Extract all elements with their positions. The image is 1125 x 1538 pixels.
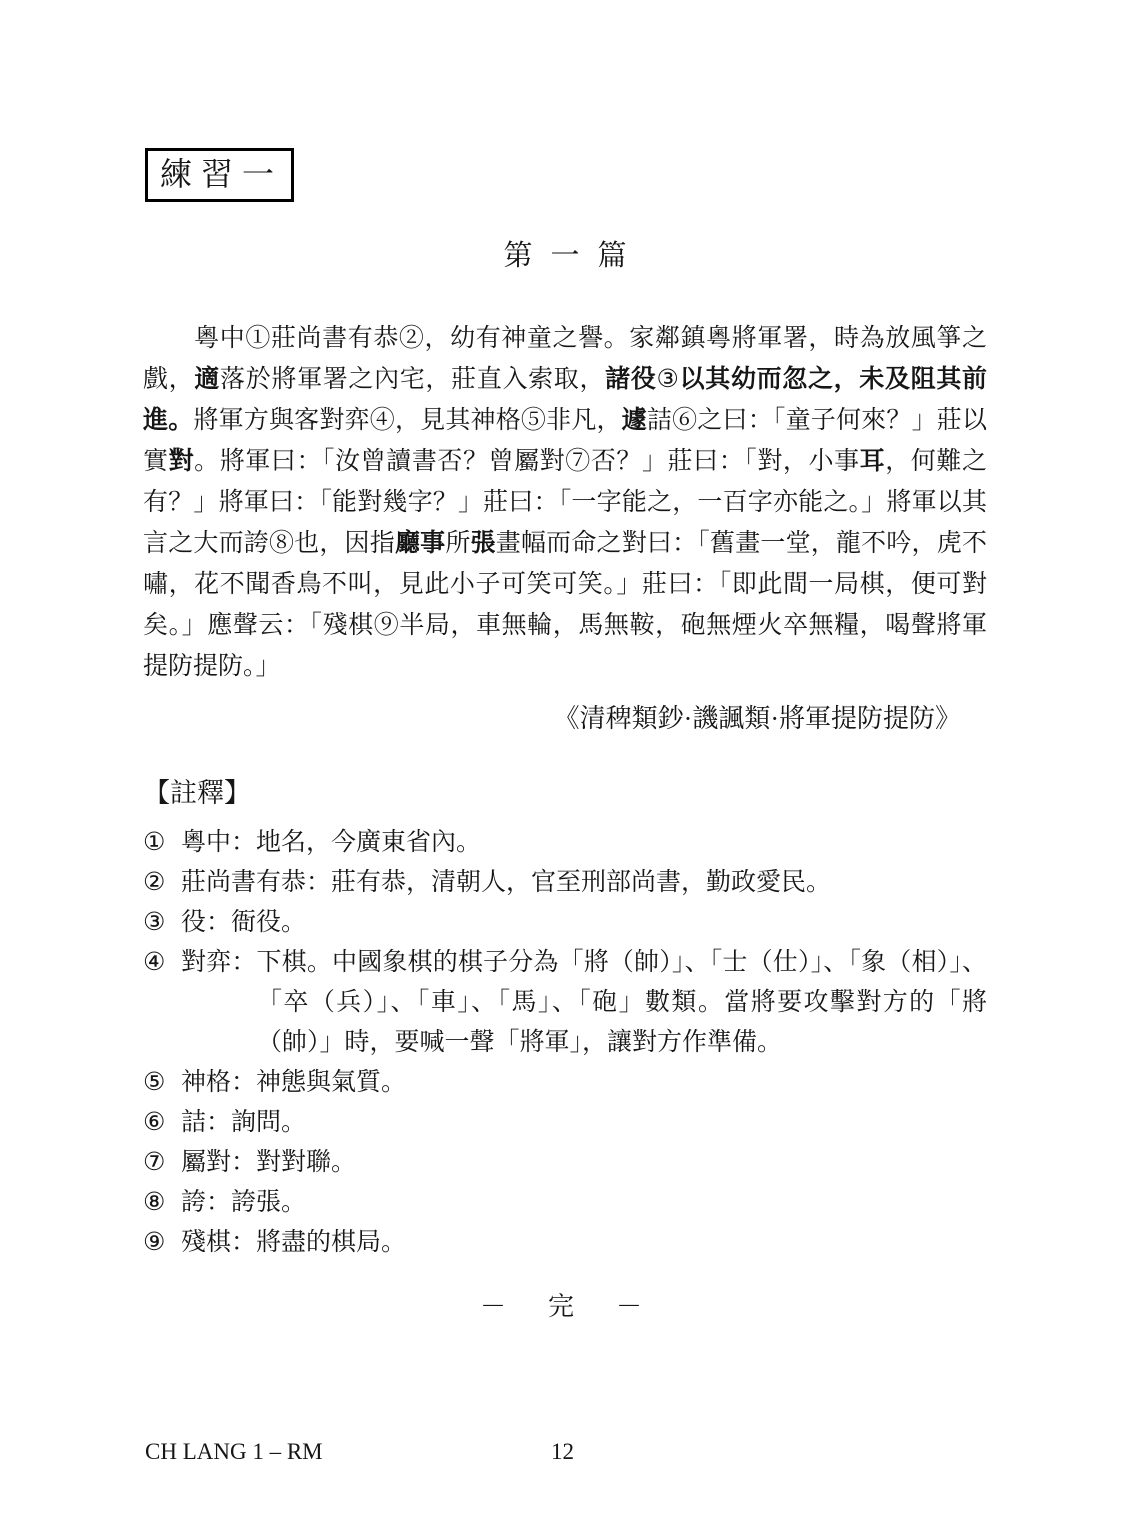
passage-segment: 所 bbox=[445, 530, 470, 557]
exercise-label: 練習一 bbox=[160, 156, 283, 192]
note-text: 役：衙役。 bbox=[181, 903, 987, 943]
passage-segment: 。將軍曰：「汝曾讀書否？曾屬對⑦否？」莊曰：「對，小事 bbox=[194, 448, 859, 475]
note-number: ⑧ bbox=[143, 1183, 181, 1223]
passage-segment-bold: 適 bbox=[194, 366, 220, 393]
passage-segment: ③ bbox=[657, 366, 680, 393]
notes-list: ① 粵中：地名，今廣東省內。 ② 莊尚書有恭：莊有恭，清朝人，官至刑部尚書，勤政… bbox=[143, 823, 987, 1263]
note-number: ② bbox=[143, 863, 181, 903]
notes-heading: 【註釋】 bbox=[143, 775, 1125, 811]
note-number: ④ bbox=[143, 943, 181, 983]
footer-course-code: CH LANG 1 – RM bbox=[145, 1437, 323, 1467]
note-number: ⑤ bbox=[143, 1063, 181, 1103]
note-text: 詰：詢問。 bbox=[181, 1103, 987, 1143]
passage-segment-bold: 張 bbox=[471, 530, 496, 557]
passage-segment-bold: 諸役 bbox=[605, 366, 656, 393]
note-number: ⑥ bbox=[143, 1103, 181, 1143]
passage-segment-bold: 對 bbox=[169, 448, 195, 475]
passage-segment-bold: 廳事 bbox=[395, 530, 445, 557]
source-citation: 《清稗類鈔·譏諷類·將軍提防提防》 bbox=[143, 699, 987, 739]
section-title: 第一篇 bbox=[143, 238, 987, 276]
passage-segment-bold: 耳 bbox=[860, 448, 886, 475]
note-text: 粵中：地名，今廣東省內。 bbox=[181, 823, 987, 863]
note-item: ③ 役：衙役。 bbox=[143, 903, 987, 943]
note-item: ⑨ 殘棋：將盡的棋局。 bbox=[143, 1223, 987, 1263]
note-item: ⑧ 誇：誇張。 bbox=[143, 1183, 987, 1223]
page-footer: CH LANG 1 – RM 12 bbox=[0, 1437, 1125, 1467]
note-text: 殘棋：將盡的棋局。 bbox=[181, 1223, 987, 1263]
note-item: ⑦ 屬對：對對聯。 bbox=[143, 1143, 987, 1183]
document-page: 練習一 第一篇 粵中①莊尚書有恭②，幼有神童之譽。家鄰鎮粵將軍署，時為放風箏之戲… bbox=[0, 0, 1125, 1538]
exercise-label-box: 練習一 bbox=[145, 148, 294, 202]
note-item: ④ 對弈：下棋。中國象棋的棋子分為「將（帥）」、「士（仕）」、「象（相）」、「卒… bbox=[143, 943, 987, 1063]
note-number: ⑨ bbox=[143, 1223, 181, 1263]
note-number: ① bbox=[143, 823, 181, 863]
note-number: ⑦ bbox=[143, 1143, 181, 1183]
note-item: ⑤ 神格：神態與氣質。 bbox=[143, 1063, 987, 1103]
note-number: ③ bbox=[143, 903, 181, 943]
note-item: ⑥ 詰：詢問。 bbox=[143, 1103, 987, 1143]
passage-segment: 落於將軍署之內宅，莊直入索取， bbox=[220, 366, 605, 393]
passage-segment: 將軍方與客對弈④，見其神格⑤非凡， bbox=[193, 407, 621, 434]
note-text: 莊尚書有恭：莊有恭，清朝人，官至刑部尚書，勤政愛民。 bbox=[181, 863, 987, 903]
note-text: 屬對：對對聯。 bbox=[181, 1143, 987, 1183]
passage-paragraph: 粵中①莊尚書有恭②，幼有神童之譽。家鄰鎮粵將軍署，時為放風箏之戲，適落於將軍署之… bbox=[143, 318, 987, 687]
note-item: ② 莊尚書有恭：莊有恭，清朝人，官至刑部尚書，勤政愛民。 bbox=[143, 863, 987, 903]
note-text: 對弈：下棋。中國象棋的棋子分為「將（帥）」、「士（仕）」、「象（相）」、「卒（兵… bbox=[181, 943, 987, 1063]
note-text: 誇：誇張。 bbox=[181, 1183, 987, 1223]
end-marker: － 完 － bbox=[143, 1289, 987, 1325]
note-item: ① 粵中：地名，今廣東省內。 bbox=[143, 823, 987, 863]
passage-segment-bold: 遽 bbox=[622, 407, 647, 434]
note-text: 神格：神態與氣質。 bbox=[181, 1063, 987, 1103]
